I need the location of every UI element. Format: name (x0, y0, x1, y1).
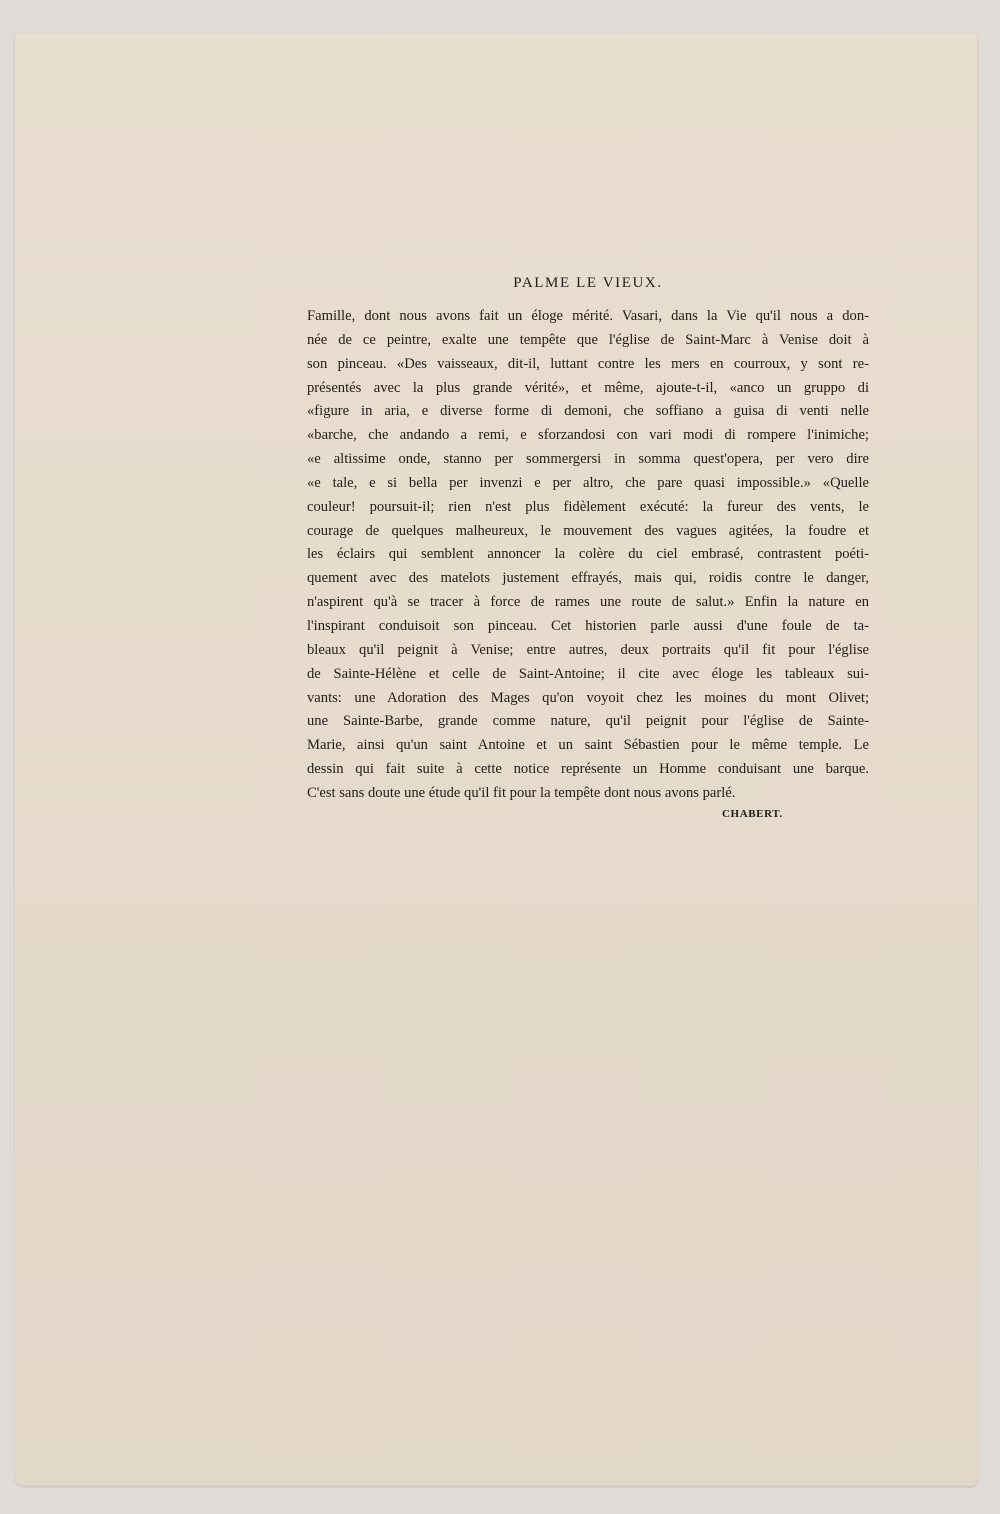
text-line: Marie, ainsi qu'un saint Antoine et un s… (307, 734, 869, 758)
text-line: dessin qui fait suite à cette notice rep… (307, 758, 869, 782)
text-line: née de ce peintre, exalte une tempête qu… (307, 329, 869, 353)
text-line: bleaux qu'il peignit à Venise; entre aut… (307, 639, 869, 663)
text-line: n'aspirent qu'à se tracer à force de ram… (307, 591, 869, 615)
text-line: de Sainte-Hélène et celle de Saint-Antoi… (307, 663, 869, 687)
body-paragraph: Famille, dont nous avons fait un éloge m… (307, 305, 869, 806)
text-line: «figure in aria, e diverse forme di demo… (307, 400, 869, 424)
text-line: couleur! poursuit-il; rien n'est plus fi… (307, 496, 869, 520)
text-line: l'inspirant conduisoit son pinceau. Cet … (307, 615, 869, 639)
text-line: quement avec des matelots justement effr… (307, 567, 869, 591)
text-line: les éclairs qui semblent annoncer la col… (307, 543, 869, 567)
text-line: présentés avec la plus grande vérité», e… (307, 377, 869, 401)
text-line: son pinceau. «Des vaisseaux, dit-il, lut… (307, 353, 869, 377)
text-line: vants: une Adoration des Mages qu'on voy… (307, 687, 869, 711)
text-line: C'est sans doute une étude qu'il fit pou… (307, 782, 869, 806)
text-line: «e altissime onde, stanno per sommergers… (307, 448, 869, 472)
text-line: «e tale, e si bella per invenzi e per al… (307, 472, 869, 496)
text-line: Famille, dont nous avons fait un éloge m… (307, 305, 869, 329)
text-line: «barche, che andando a remi, e sforzando… (307, 424, 869, 448)
text-line: une Sainte-Barbe, grande comme nature, q… (307, 710, 869, 734)
page-title: PALME LE VIEUX. (307, 275, 869, 292)
text-line: courage de quelques malheureux, le mouve… (307, 520, 869, 544)
author-signature: CHABERT. (722, 808, 783, 820)
